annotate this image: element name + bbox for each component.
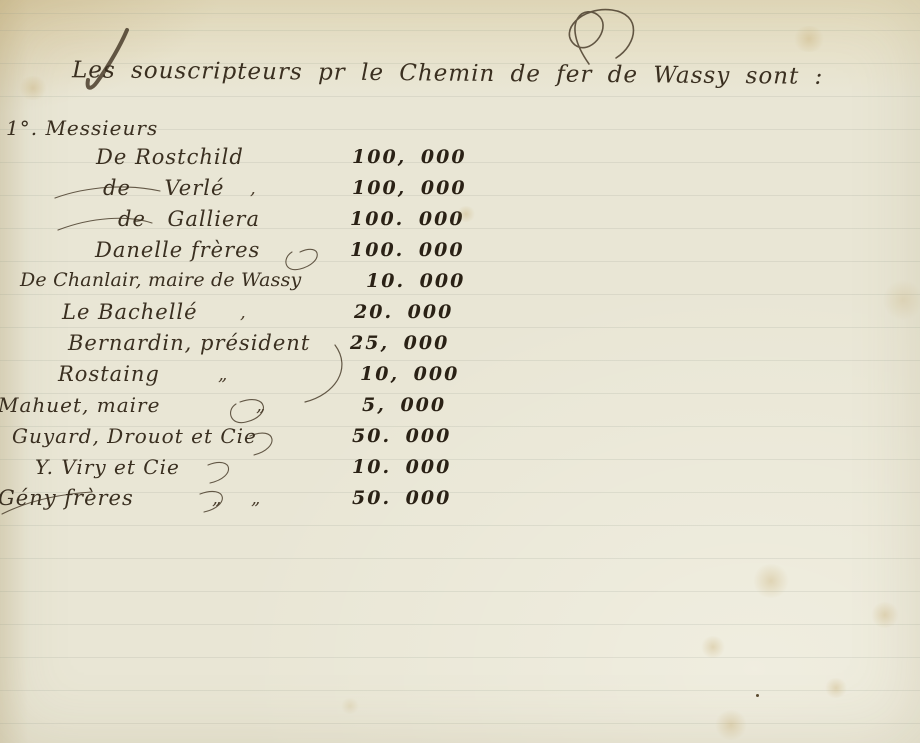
subscription-amount: 100, 000 xyxy=(352,177,467,199)
subscriber-row: De Chanlair, maire de Wassy 10. 000 xyxy=(0,269,520,300)
letter-w-flourish-icon xyxy=(569,10,633,64)
subscriber-row: Gény frères „ „ 50. 000 xyxy=(0,486,520,517)
subscriber-row: Rostaing „ 10, 000 xyxy=(0,362,520,393)
foxing-stain xyxy=(752,564,790,598)
ditto-mark: „ „ xyxy=(212,488,260,509)
subscriber-list: De Rostchild 100, 000 de Verlé , 100, 00… xyxy=(0,145,520,517)
subscriber-name: De Chanlair, maire de Wassy xyxy=(20,269,301,291)
section-label: 1°. Messieurs xyxy=(6,116,158,140)
manuscript-page: Les souscripteurs pr le Chemin de fer de… xyxy=(0,0,920,743)
subscription-amount: 25, 000 xyxy=(350,332,449,354)
document-title: Les souscripteurs pr le Chemin de fer de… xyxy=(72,57,692,88)
foxing-stain xyxy=(870,602,900,628)
subscriber-row: de Galliera 100. 000 xyxy=(0,207,520,238)
subscription-amount: 100. 000 xyxy=(350,208,465,230)
subscriber-row: de Verlé , 100, 000 xyxy=(0,176,520,207)
subscription-amount: 50. 000 xyxy=(352,425,451,447)
foxing-stain xyxy=(824,678,848,698)
subscriber-row: Danelle frères 100. 000 xyxy=(0,238,520,269)
ditto-mark: „ xyxy=(218,364,227,385)
subscriber-name: Rostaing xyxy=(58,362,160,386)
subscription-amount: 20. 000 xyxy=(354,301,453,323)
subscriber-row: Le Bachellé , 20. 000 xyxy=(0,300,520,331)
foxing-stain xyxy=(792,26,826,52)
subscription-amount: 10. 000 xyxy=(352,456,451,478)
foxing-stain xyxy=(700,636,726,658)
ink-speck xyxy=(756,694,759,697)
subscriber-name: Mahuet, maire xyxy=(0,393,160,417)
subscription-amount: 100, 000 xyxy=(352,146,467,168)
subscriber-name: de Galliera xyxy=(118,207,260,231)
subscriber-row: Y. Viry et Cie 10. 000 xyxy=(0,455,520,486)
ditto-mark: „ xyxy=(256,395,265,416)
subscriber-name: Gény frères xyxy=(0,486,134,510)
subscription-amount: 10, 000 xyxy=(360,363,459,385)
subscriber-name: Danelle frères xyxy=(95,238,260,262)
foxing-stain xyxy=(18,76,48,100)
subscriber-row: Guyard, Drouot et Cie 50. 000 xyxy=(0,424,520,455)
subscription-amount: 5, 000 xyxy=(362,394,446,416)
subscription-amount: 100. 000 xyxy=(350,239,465,261)
foxing-stain xyxy=(340,698,360,714)
subscriber-name: Le Bachellé xyxy=(62,300,198,324)
subscription-amount: 50. 000 xyxy=(352,487,451,509)
subscriber-row: De Rostchild 100, 000 xyxy=(0,145,520,176)
subscriber-name: Bernardin, président xyxy=(68,331,310,355)
subscriber-name: Guyard, Drouot et Cie xyxy=(12,424,257,448)
foxing-stain xyxy=(714,710,748,740)
subscriber-name: Y. Viry et Cie xyxy=(35,455,180,479)
subscriber-name: De Rostchild xyxy=(96,145,244,169)
subscriber-row: Bernardin, président 25, 000 xyxy=(0,331,520,362)
foxing-stain xyxy=(882,280,920,320)
subscriber-name: de Verlé xyxy=(103,176,224,200)
ditto-mark: , xyxy=(250,178,256,199)
subscriber-row: Mahuet, maire „ 5, 000 xyxy=(0,393,520,424)
subscription-amount: 10. 000 xyxy=(366,270,465,292)
ditto-mark: , xyxy=(240,302,246,323)
